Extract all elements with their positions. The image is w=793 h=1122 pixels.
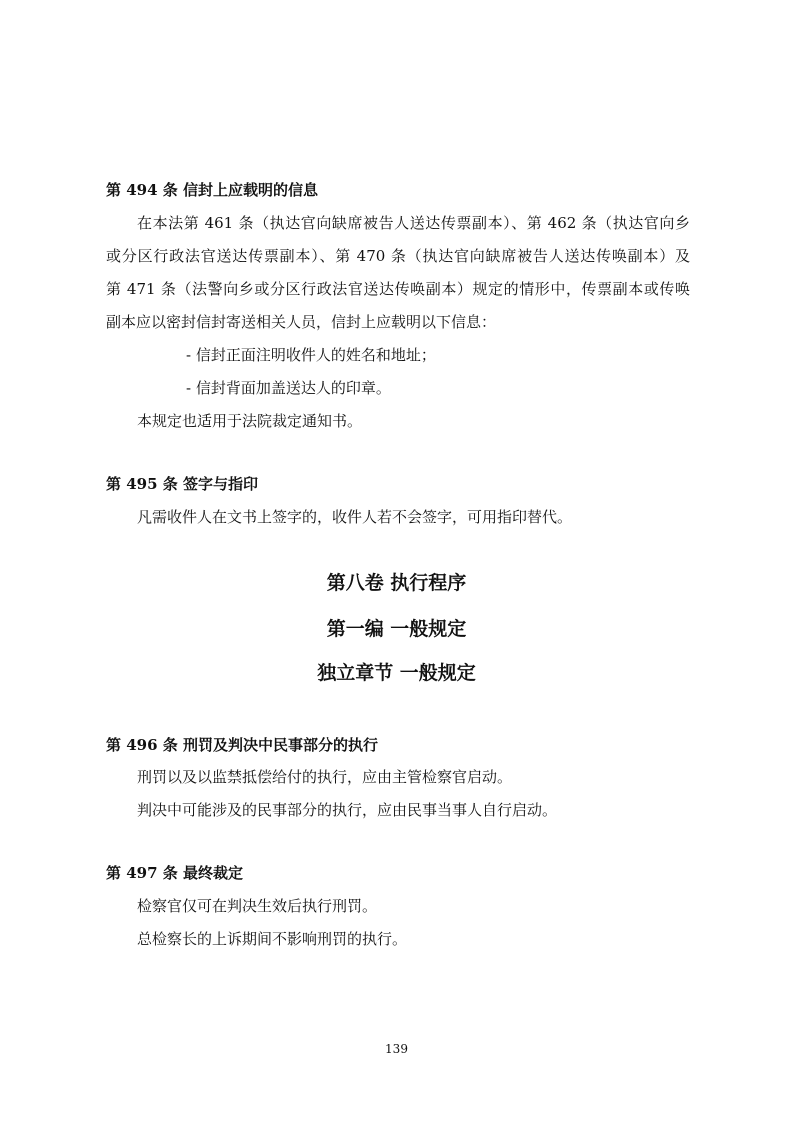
article-494-bullet-1: - 信封正面注明收件人的姓名和地址；	[186, 345, 436, 365]
article-497-line-2: 总检察长的上诉期间不影响刑罚的执行。	[137, 929, 407, 949]
article-496-line-1: 刑罚以及以监禁抵偿给付的执行，应由主管检察官启动。	[137, 767, 512, 787]
article-494-closing: 本规定也适用于法院裁定通知书。	[137, 411, 362, 431]
article-495-heading: 第 495 条 签字与指印	[106, 474, 258, 494]
article-494-heading: 第 494 条 信封上应载明的信息	[106, 180, 318, 200]
article-494-para-line-3: 第 471 条（法警向乡或分区行政法官送达传唤副本）规定的情形中，传票副本或传唤	[106, 279, 690, 299]
article-497-line-1: 检察官仅可在判决生效后执行刑罚。	[137, 896, 377, 916]
article-494-para-line-1: 在本法第 461 条（执达官向缺席被告人送达传票副本）、第 462 条（执达官向…	[137, 213, 690, 233]
document-page: 第 494 条 信封上应载明的信息 在本法第 461 条（执达官向缺席被告人送达…	[0, 0, 793, 1122]
article-494-para-line-4: 副本应以密封信封寄送相关人员，信封上应载明以下信息：	[106, 312, 496, 332]
chapter-title: 独立章节 一般规定	[0, 661, 793, 685]
article-497-heading: 第 497 条 最终裁定	[106, 863, 243, 883]
article-494-bullet-2: - 信封背面加盖送达人的印章。	[186, 378, 391, 398]
article-496-line-2: 判决中可能涉及的民事部分的执行，应由民事当事人自行启动。	[137, 800, 557, 820]
article-496-heading: 第 496 条 刑罚及判决中民事部分的执行	[106, 735, 378, 755]
article-495-text: 凡需收件人在文书上签字的，收件人若不会签字，可用指印替代。	[137, 507, 572, 527]
part-title: 第一编 一般规定	[0, 617, 793, 641]
article-494-para-line-2: 或分区行政法官送达传票副本）、第 470 条（执达官向缺席被告人送达传唤副本）及	[106, 246, 690, 266]
page-number: 139	[0, 1041, 793, 1057]
book-title: 第八卷 执行程序	[0, 571, 793, 595]
